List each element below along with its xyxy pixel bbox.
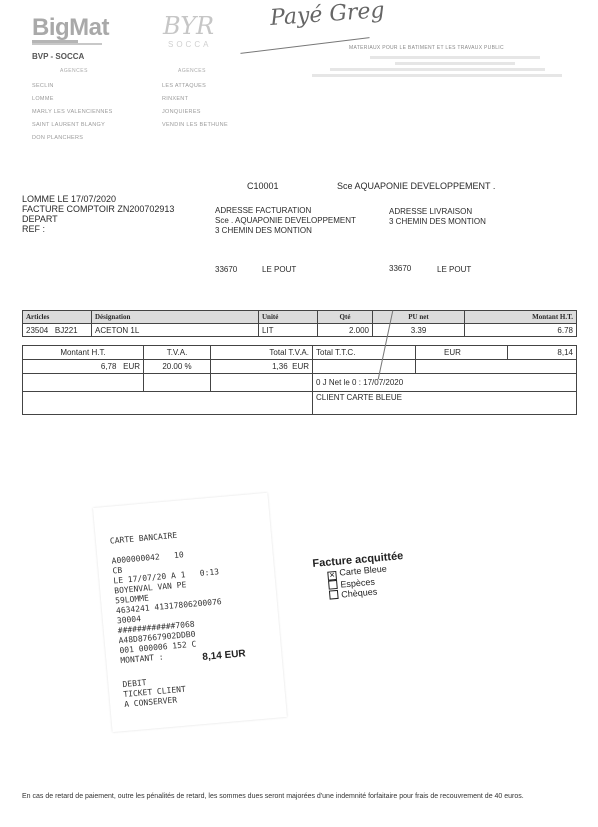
due-date: 0 J Net le 0 : 17/07/2020 <box>313 374 577 392</box>
delivery-address: ADRESSE LIVRAISON 3 CHEMIN DES MONTION <box>389 207 486 227</box>
company-name: BVP - SOCCA <box>32 52 84 61</box>
delivery-postcode: 33670 <box>389 264 411 274</box>
billing-street: 3 CHEMIN DES MONTION <box>215 226 356 236</box>
quantity: 2.000 <box>318 324 373 337</box>
paid-stamp: Facture acquittée ✕Carte Bleue Espèces C… <box>312 550 407 602</box>
billing-name: Sce . AQUAPONIE DEVELOPPEMENT <box>215 216 356 226</box>
empty-cell <box>313 360 416 374</box>
legal-info-line <box>312 74 562 77</box>
label-tva: T.V.A. <box>144 346 211 360</box>
byr-logo: BYR <box>163 12 214 40</box>
empty-cell <box>23 392 313 415</box>
billing-address: ADRESSE FACTURATION Sce . AQUAPONIE DEVE… <box>215 206 356 236</box>
card-receipt: CARTE BANCAIRE A000000042 10 CB LE 17/07… <box>93 493 287 732</box>
agences-title-left: AGENCES <box>60 68 88 74</box>
invoice-number: FACTURE COMPTOIR ZN200702913 <box>22 204 174 214</box>
receipt-body: CARTE BANCAIRE A000000042 10 CB LE 17/07… <box>93 493 285 711</box>
option-label: Chèques <box>341 586 378 599</box>
agence: RINXENT <box>162 93 228 106</box>
empty-cell <box>211 374 313 392</box>
ht-amount: 6,78 <box>101 362 117 371</box>
billing-city: LE POUT <box>262 265 296 275</box>
tva-currency: EUR <box>292 362 309 371</box>
agences-title-right: AGENCES <box>178 68 206 74</box>
legal-info-line <box>330 68 545 71</box>
delivery-street: 3 CHEMIN DES MONTION <box>389 217 486 227</box>
tva-amount: 1,36 <box>272 362 288 371</box>
note-row: CLIENT CARTE BLEUE <box>23 392 577 415</box>
totals-table: Montant H.T. T.V.A. Total T.V.A. Total T… <box>22 345 577 415</box>
items-header-row: Articles Désignation Unité Qté PU net Mo… <box>23 311 577 324</box>
legal-info-line <box>370 56 540 59</box>
agence: SECLIN <box>32 80 113 93</box>
ref-label: REF : <box>22 224 174 234</box>
agence: SAINT LAURENT BLANGY <box>32 119 113 132</box>
col-unite: Unité <box>259 311 318 324</box>
checkbox-icon <box>329 590 339 600</box>
total-tva-value: 1,36 EUR <box>211 360 313 374</box>
label-total-ttc: Total T.T.C. <box>313 346 416 360</box>
total-ttc-value: 8,14 <box>508 346 577 360</box>
invoice-info: LOMME LE 17/07/2020 FACTURE COMPTOIR ZN2… <box>22 194 174 234</box>
empty-cell <box>23 374 144 392</box>
col-qte: Qté <box>318 311 373 324</box>
billing-title: ADRESSE FACTURATION <box>215 206 356 216</box>
handwritten-signature: Payé Greg <box>269 0 385 31</box>
late-payment-notice: En cas de retard de paiement, outre les … <box>22 792 582 801</box>
agence: LOMME <box>32 93 113 106</box>
agence: DON PLANCHERS <box>32 132 113 145</box>
bigmat-logo: BigMat <box>32 14 109 42</box>
table-row: 23504 BJ221 ACETON 1L LIT 2.000 3.39 6.7… <box>23 324 577 337</box>
logo-underline-2 <box>32 43 102 45</box>
article-code: 23504 BJ221 <box>23 324 92 337</box>
agence: LES ATTAQUES <box>162 80 228 93</box>
place-date: LOMME LE 17/07/2020 <box>22 194 174 204</box>
col-designation: Désignation <box>92 311 259 324</box>
company-tagline: MATERIAUX POUR LE BATIMENT ET LES TRAVAU… <box>349 45 504 51</box>
delivery-city: LE POUT <box>437 265 471 275</box>
designation: ACETON 1L <box>92 324 259 337</box>
agences-list-right: LES ATTAQUES RINXENT JONQUIERES VENDIN L… <box>162 80 228 132</box>
tva-rate: 20.00 % <box>144 360 211 374</box>
payment-methods: ✕Carte Bleue Espèces Chèques <box>313 562 407 602</box>
billing-postcode: 33670 <box>215 265 237 275</box>
agence: MARLY LES VALENCIENNES <box>32 106 113 119</box>
client-name: Sce AQUAPONIE DEVELOPPEMENT . <box>337 181 495 191</box>
totals-values-row: 6,78 EUR 20.00 % 1,36 EUR <box>23 360 577 374</box>
legal-info-line <box>395 62 515 65</box>
client-code: C10001 <box>247 181 279 191</box>
empty-cell <box>144 374 211 392</box>
agence: VENDIN LES BETHUNE <box>162 119 228 132</box>
empty-cell <box>416 360 577 374</box>
delivery-title: ADRESSE LIVRAISON <box>389 207 486 217</box>
col-montant-ht: Montant H.T. <box>465 311 577 324</box>
montant-ht-value: 6,78 EUR <box>23 360 144 374</box>
socca-logo-text: SOCCA <box>168 40 211 49</box>
payment-note: CLIENT CARTE BLEUE <box>313 392 577 415</box>
col-pu-net: PU net <box>373 311 465 324</box>
label-total-tva: Total T.V.A. <box>211 346 313 360</box>
agence: JONQUIERES <box>162 106 228 119</box>
checkbox-icon <box>328 580 338 590</box>
line-amount: 6.78 <box>465 324 577 337</box>
due-row: 0 J Net le 0 : 17/07/2020 <box>23 374 577 392</box>
unit: LIT <box>259 324 318 337</box>
items-table: Articles Désignation Unité Qté PU net Mo… <box>22 310 577 337</box>
col-articles: Articles <box>23 311 92 324</box>
totals-header-row: Montant H.T. T.V.A. Total T.V.A. Total T… <box>23 346 577 360</box>
agences-list-left: SECLIN LOMME MARLY LES VALENCIENNES SAIN… <box>32 80 113 145</box>
depart-label: DEPART <box>22 214 174 224</box>
ht-currency: EUR <box>123 362 140 371</box>
label-currency: EUR <box>416 346 508 360</box>
label-montant-ht: Montant H.T. <box>23 346 144 360</box>
